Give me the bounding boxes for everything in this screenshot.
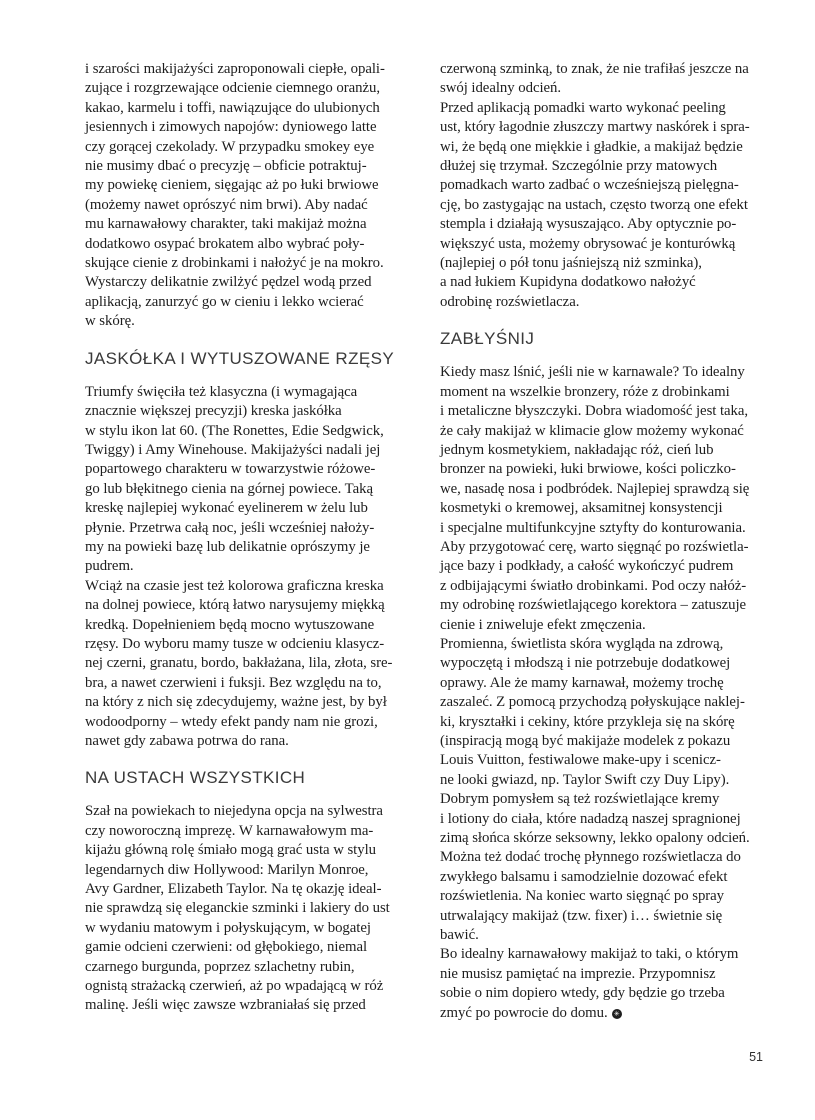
text-line: Można też dodać trochę płynnego rozświet…: [440, 848, 771, 867]
text-line: Dobrym pomysłem są też rozświetlające kr…: [440, 790, 771, 809]
text-line: czy noworoczną imprezę. W karnawałowym m…: [85, 822, 416, 841]
text-line: Twiggy) i Amy Winehouse. Makijażyści nad…: [85, 441, 416, 460]
text-line: Wciąż na czasie jest też kolorowa grafic…: [85, 577, 416, 596]
magazine-page: i szarości makijażyści zaproponowali cie…: [0, 0, 815, 1120]
article-column: czerwoną szminką, to znak, że nie trafił…: [440, 60, 771, 1023]
text-line: Bo idealny karnawałowy makijaż to taki, …: [440, 945, 771, 964]
text-line: nie sprawdzą się eleganckie szminki i la…: [85, 899, 416, 918]
text-line: kosmetyki o kremowej, aksamitnej konsyst…: [440, 499, 771, 518]
text-line: ust, który łagodnie złuszczy martwy nask…: [440, 118, 771, 137]
text-line: nie musisz pamiętać na imprezie. Przypom…: [440, 965, 771, 984]
text-line: wypoczętą i młodszą i nie potrzebuje dod…: [440, 654, 771, 673]
text-line: Przed aplikacją pomadki warto wykonać pe…: [440, 99, 771, 118]
text-line: i lotiony do ciała, które nadadzą naszej…: [440, 810, 771, 829]
paragraph: Triumfy święciła też klasyczna (i wymaga…: [85, 383, 416, 577]
text-line: a nad łukiem Kupidyna dodatkowo nałożyć: [440, 273, 771, 292]
section-heading: JASKÓŁKA I WYTUSZOWANE RZĘSY: [85, 349, 416, 369]
text-line: bawić.: [440, 926, 771, 945]
text-line: swój idealny odcień.: [440, 79, 771, 98]
text-line: w wydaniu matowym i połyskującym, w boga…: [85, 919, 416, 938]
text-line: rzęsy. Do wyboru mamy tusze w odcieniu k…: [85, 635, 416, 654]
text-line: pomadkach warto zadbać o wcześniejszą pi…: [440, 176, 771, 195]
text-line: oprawy. Ale że mamy karnawał, możemy tro…: [440, 674, 771, 693]
text-line: legendarnych diw Hollywood: Marilyn Monr…: [85, 861, 416, 880]
article-columns: i szarości makijażyści zaproponowali cie…: [85, 60, 771, 1023]
text-line: Szał na powiekach to niejedyna opcja na …: [85, 802, 416, 821]
text-line: (możemy nawet oprószyć nim brwi). Aby na…: [85, 196, 416, 215]
page-number: 51: [749, 1050, 763, 1064]
text-line: Louis Vuitton, festiwalowe make-upy i sc…: [440, 751, 771, 770]
text-line: moment na wszelkie bronzery, róże z drob…: [440, 383, 771, 402]
text-line: my odrobinę rozświetlającego korektora –…: [440, 596, 771, 615]
paragraph: Kiedy masz lśnić, jeśli nie w karnawale?…: [440, 363, 771, 635]
text-line: zimą słońca skórze seksowny, lekko opalo…: [440, 829, 771, 848]
text-line: skujące cienie z drobinkami i nałożyć je…: [85, 254, 416, 273]
article-column: i szarości makijażyści zaproponowali cie…: [85, 60, 416, 1023]
text-line: kredką. Dopełnieniem będą mocno wytuszow…: [85, 616, 416, 635]
text-line: bra, a nawet czerwieni i fuksji. Bez wzg…: [85, 674, 416, 693]
text-line: jące bazy i podkłady, a całość wykończyć…: [440, 557, 771, 576]
paragraph: Przed aplikacją pomadki warto wykonać pe…: [440, 99, 771, 312]
text-line: kijażu główną rolę śmiało mogą grać usta…: [85, 841, 416, 860]
text-line: Wystarczy delikatnie zwilżyć pędzel wodą…: [85, 273, 416, 292]
text-line: wi, że będą one miękkie i gładkie, a mak…: [440, 138, 771, 157]
paragraph: Bo idealny karnawałowy makijaż to taki, …: [440, 945, 771, 1023]
text-line: cję, bo zastygając na ustach, często two…: [440, 196, 771, 215]
text-line: sobie o nim dopiero wtedy, gdy będzie go…: [440, 984, 771, 1003]
text-line: aplikacją, zanurzyć go w cieniu i lekko …: [85, 293, 416, 312]
text-line: malinę. Jeśli więc zawsze wzbraniałaś si…: [85, 996, 416, 1015]
text-line: zujące i rozgrzewające odcienie ciemnego…: [85, 79, 416, 98]
paragraph: i szarości makijażyści zaproponowali cie…: [85, 60, 416, 332]
text-line: w skórę.: [85, 312, 416, 331]
text-line: nawet gdy zabawa potrwa do rana.: [85, 732, 416, 751]
text-line: we, nasadę nosa i podbródek. Najlepiej s…: [440, 480, 771, 499]
text-line: czy gorącej czekolady. W przypadku smoke…: [85, 138, 416, 157]
paragraph: Promienna, świetlista skóra wygląda na z…: [440, 635, 771, 946]
text-line: wodoodporny – wtedy efekt pandy nam nie …: [85, 713, 416, 732]
text-line: cienie i zniweluje efekt zmęczenia.: [440, 616, 771, 635]
text-line: znacznie większej precyzji) kreska jaskó…: [85, 402, 416, 421]
text-line: większyć usta, możemy obrysować je kontu…: [440, 235, 771, 254]
paragraph: Wciąż na czasie jest też kolorowa grafic…: [85, 577, 416, 752]
text-line: w stylu ikon lat 60. (The Ronettes, Edie…: [85, 422, 416, 441]
text-line: (najlepiej o pół tonu jaśniejszą niż szm…: [440, 254, 771, 273]
text-line: i specjalne multifunkcyjne sztyfty do ko…: [440, 519, 771, 538]
text-line: na dolnej powiece, którą łatwo narysujem…: [85, 596, 416, 615]
text-line: ne looki gwiazd, np. Taylor Swift czy Du…: [440, 771, 771, 790]
text-line: rozświetlenia. Na koniec warto sięgnąć p…: [440, 887, 771, 906]
section-heading: NA USTACH WSZYSTKICH: [85, 768, 416, 788]
text-line: Avy Gardner, Elizabeth Taylor. Na tę oka…: [85, 880, 416, 899]
text-line: utrwalający makijaż (tzw. fixer) i… świe…: [440, 907, 771, 926]
text-line: pudrem.: [85, 557, 416, 576]
section-heading: ZABŁYŚNIJ: [440, 329, 771, 349]
text-line: go lub błękitnego cienia na górnej powie…: [85, 480, 416, 499]
text-line: zaszaleć. Z pomocą przychodzą połyskując…: [440, 693, 771, 712]
text-line: ognistą strażacką czerwień, aż po wpadaj…: [85, 977, 416, 996]
text-line: kreskę najlepiej wykonać eyelinerem w że…: [85, 499, 416, 518]
text-line: (inspiracją mogą być makijaże modelek z …: [440, 732, 771, 751]
text-line: czerwoną szminką, to znak, że nie trafił…: [440, 60, 771, 79]
text-line: mu karnawałowy charakter, taki makijaż m…: [85, 215, 416, 234]
text-line: dłużej się trzymał. Szczególnie przy mat…: [440, 157, 771, 176]
text-line: z odbijającymi światło drobinkami. Pod o…: [440, 577, 771, 596]
text-line: ki, kryształki i cekiny, które przykleja…: [440, 713, 771, 732]
text-line: my powiekę cieniem, sięgając aż po łuki …: [85, 176, 416, 195]
text-line: Triumfy święciła też klasyczna (i wymaga…: [85, 383, 416, 402]
text-line: płynie. Przetrwa całą noc, jeśli wcześni…: [85, 519, 416, 538]
text-line: my na powieki bazę lub delikatnie oprósz…: [85, 538, 416, 557]
text-line: Promienna, świetlista skóra wygląda na z…: [440, 635, 771, 654]
text-line: jednym kosmetykiem, nakładając róż, cień…: [440, 441, 771, 460]
text-line: kakao, karmelu i toffi, nawiązujące do u…: [85, 99, 416, 118]
text-line: i szarości makijażyści zaproponowali cie…: [85, 60, 416, 79]
text-line: odrobinę rozświetlacza.: [440, 293, 771, 312]
text-line: i metaliczne błyszczyki. Dobra wiadomość…: [440, 402, 771, 421]
paragraph: Szał na powiekach to niejedyna opcja na …: [85, 802, 416, 1015]
paragraph: czerwoną szminką, to znak, że nie trafił…: [440, 60, 771, 99]
text-line: czarnego burgunda, poprzez szlachetny ru…: [85, 958, 416, 977]
text-line: nie musimy dbać o precyzję – obficie pot…: [85, 157, 416, 176]
text-line: gamie odcieni czerwieni: od głębokiego, …: [85, 938, 416, 957]
text-line: stempla i działają wysuszająco. Aby opty…: [440, 215, 771, 234]
text-line: Kiedy masz lśnić, jeśli nie w karnawale?…: [440, 363, 771, 382]
text-line: zmyć po powrocie do domu.✳: [440, 1004, 771, 1023]
text-line: nej czerni, granatu, bordo, bakłażana, l…: [85, 654, 416, 673]
text-line: popartowego charakteru w towarzystwie ró…: [85, 460, 416, 479]
text-line: że cały makijaż w klimacie glow możemy w…: [440, 422, 771, 441]
end-of-article-icon: ✳: [612, 1009, 622, 1019]
text-line: jesiennych i zimowych napojów: dyniowego…: [85, 118, 416, 137]
text-line: bronzer na powieki, łuki brwiowe, kości …: [440, 460, 771, 479]
text-line: zwykłego balsamu i samodzielnie dozować …: [440, 868, 771, 887]
text-line: dodatkowo osypać brokatem albo wybrać po…: [85, 235, 416, 254]
text-line: na który z nich się zdecydujemy, ważne j…: [85, 693, 416, 712]
text-line: Aby przygotować cerę, warto sięgnąć po r…: [440, 538, 771, 557]
